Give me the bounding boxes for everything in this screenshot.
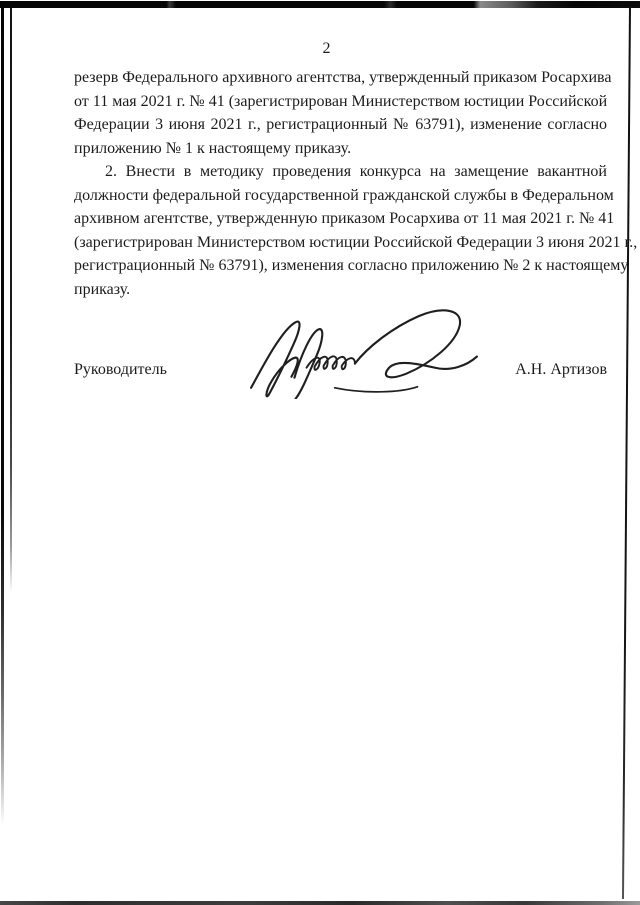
text-line: 2. Внести в методику проведения конкурса… (74, 160, 607, 184)
scan-edge-left-inner (10, 8, 12, 593)
paragraph-1: резерв Федерального архивного агентства,… (74, 66, 607, 160)
text-line: приказу. (74, 278, 607, 302)
scan-edge-right (622, 6, 631, 899)
signer-name: А.Н. Артизов (515, 361, 607, 379)
text-line: резерв Федерального архивного агентства,… (74, 66, 607, 90)
scan-edge-top (0, 1, 640, 8)
scanned-document-page: 2 резерв Федерального архивного агентств… (0, 0, 640, 905)
text-line: архивном агентстве, утвержденную приказо… (74, 207, 607, 231)
text-line: Федерации 3 июня 2021 г., регистрационны… (74, 113, 607, 137)
text-line: приложению № 1 к настоящему приказу. (74, 137, 607, 161)
text-line: (зарегистрирован Министерством юстиции Р… (74, 231, 607, 255)
signer-title: Руководитель (74, 361, 167, 379)
scan-edge-left-outer (1, 1, 4, 826)
text-line: должности федеральной государственной гр… (74, 184, 607, 208)
signature-row: Руководитель А.Н. Артизов (74, 361, 607, 379)
text-line: от 11 мая 2021 г. № 41 (зарегистрирован … (74, 90, 607, 114)
text-line: регистрационный № 63791), изменения согл… (74, 254, 607, 278)
scan-edge-bottom (0, 901, 640, 905)
paragraph-2: 2. Внести в методику проведения конкурса… (74, 160, 607, 301)
document-body-text: резерв Федерального архивного агентства,… (74, 66, 607, 301)
handwritten-signature (238, 303, 490, 399)
page-number: 2 (74, 40, 579, 58)
